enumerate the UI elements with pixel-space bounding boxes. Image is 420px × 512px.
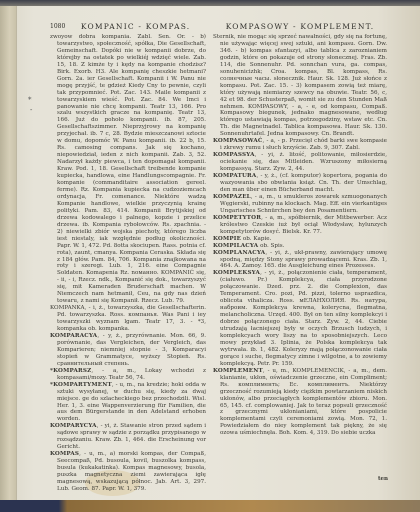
entry-headword: KOMPARYCYA	[50, 423, 97, 429]
entry-headword: KOMPASOWAĆ	[213, 138, 263, 144]
left-column: 1080 KOMPANIC - KOMPAS. zwoyow dobra kom…	[50, 22, 206, 493]
catchword: ten	[378, 476, 388, 482]
entry-headword: *KOMPARTYMENT	[50, 382, 112, 388]
dictionary-entry: *KOMPARSZ, - a, m., Lokay wchodzi z komp…	[50, 368, 206, 382]
dictionary-entry: zwoyow dobra kompania. Zabl. Sen. Or. - …	[50, 34, 206, 305]
entry-text: , - yi, ż., połączonienie ciała, tempera…	[220, 270, 387, 366]
entry-headword: KOMPILACYA	[213, 243, 258, 249]
entry-text: , - u, m., a) morski kompas, der Compaß,…	[57, 451, 206, 492]
entry-headword: KOMPLEMENT	[213, 368, 263, 374]
book-binding-edge	[0, 6, 17, 504]
entry-headword: *KOMPARSZ	[50, 368, 91, 374]
entry-headword: KOMPAZEL	[213, 194, 251, 200]
entry-headword: KOMPLEKSYA	[213, 270, 260, 276]
dictionary-entry: KOMPIE ob. Kapie.	[213, 236, 387, 243]
page-number: 1080	[50, 22, 65, 32]
dictionary-entry: KOMPASOWAĆ, - a, - p. Przecięł chód bark…	[213, 138, 387, 152]
dictionary-entry: Sternik, nie mogąc się sprzeć nawałności…	[213, 34, 387, 138]
right-running-head: KOMPASOWY - KOMPLEMENT.	[213, 22, 387, 32]
margin-mark: -	[30, 106, 32, 114]
dictionary-entry: KOMPLANACYA, - yi, ż., ukł-prawny, zawie…	[213, 250, 387, 271]
margin-mark: *	[28, 96, 32, 104]
dictionary-entry: KOMPANKA, - i, ż., towarzyszka, die Gese…	[50, 305, 206, 333]
dictionary-entry: *KOMPARTYMENT, - u, m., na kredzie; hoki…	[50, 382, 206, 424]
entry-headword: KOMPLANACYA	[213, 250, 265, 256]
entry-text: KOMPANKA, - i, ż., towarzyszka, die Gese…	[50, 305, 206, 332]
dictionary-entry: KOMPARYCYA, - yi, ż. Stawanie stron prze…	[50, 423, 206, 451]
entry-headword: KOMPAS	[50, 451, 79, 457]
right-entries: Sternik, nie mogąc się sprzeć nawałności…	[213, 34, 387, 437]
entry-text: , - u, m., na kredzie; hoki odda w sztuk…	[57, 382, 206, 423]
entry-headword: KOMPASSYA	[213, 152, 255, 158]
entry-headword: KOMPIE	[213, 236, 241, 242]
right-column: KOMPASOWY - KOMPLEMENT. Sternik, nie mog…	[213, 22, 387, 437]
entry-text: , - u, m., KOMPLEMENCIK, - a, m., dem. k…	[220, 368, 387, 437]
dictionary-entry: KOMPAZEL, - a, m., u smukleros zowarek s…	[213, 194, 387, 215]
left-entries: zwoyow dobra kompania. Zabl. Sen. Or. - …	[50, 34, 206, 493]
entry-text: Sternik, nie mogąc się sprzeć nawałności…	[213, 34, 387, 137]
entry-text: ob. Kapie.	[241, 236, 271, 242]
entry-headword: KOMPATURA	[213, 173, 256, 179]
dictionary-entry: KOMPLEKSYA, - yi, ż., połączonienie ciał…	[213, 270, 387, 367]
dictionary-entry: KOMPASSYA, - yi, ż. litość, politowanie,…	[213, 152, 387, 173]
entry-text: ob. Spis.	[258, 243, 284, 249]
dictionary-entry: KOMPAS, - u, m., a) morski kompas, der C…	[50, 451, 206, 493]
left-running-head: 1080 KOMPANIC - KOMPAS.	[50, 22, 206, 32]
dictionary-entry: KOMPILACYA ob. Spis.	[213, 243, 387, 250]
dictionary-entry: KOMPATURA, - y, ż., (cf. komputor) koper…	[213, 173, 387, 194]
dictionary-entry: KOMPETYTOR, - a, m., spółbiernik, der Mi…	[213, 215, 387, 236]
entry-headword: KOMPETYTOR	[213, 215, 261, 221]
dictionary-entry: KOMPARACYA, - y, ż., przyrównanie. Mon. …	[50, 333, 206, 368]
scan-bottom-edge	[0, 500, 420, 512]
dictionary-entry: KOMPLEMENT, - u, m., KOMPLEMENCIK, - a, …	[213, 368, 387, 438]
entry-headword: KOMPARACYA	[50, 333, 97, 339]
entry-text: zwoyow dobra kompania. Zabl. Sen. Or. - …	[50, 34, 206, 304]
